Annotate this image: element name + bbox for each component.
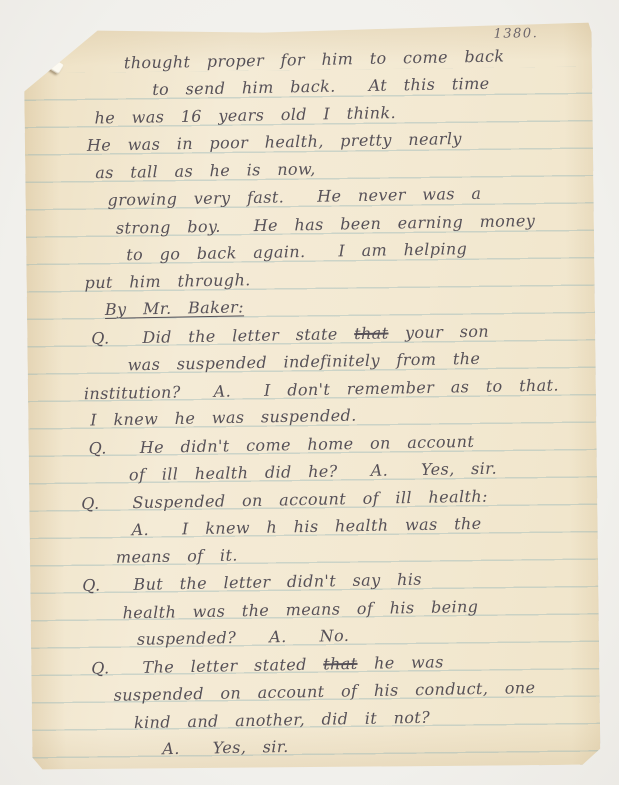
handwriting-line: health was the means of his being	[122, 597, 478, 624]
scanned-document: 1380. thought proper for him to come bac…	[0, 0, 619, 785]
handwriting-line: Q. But the letter didn't say his	[82, 570, 422, 596]
handwriting-line: strong boy. He has been earning money	[116, 211, 536, 239]
byline-mr-baker: By Mr. Baker:	[105, 297, 244, 320]
handwriting-line: Q. Did the letter state that your son	[91, 322, 489, 349]
punch-hole	[48, 59, 64, 75]
handwriting-line: kind and another, did it not?	[134, 708, 431, 733]
byline-text: By Mr. Baker:	[105, 297, 244, 319]
struck-word: that	[354, 323, 389, 343]
struck-word: that	[323, 654, 358, 674]
handwriting-line: of ill health did he? A. Yes, sir.	[129, 459, 497, 486]
handwriting-line: thought proper for him to come back	[124, 46, 505, 73]
handwriting-line: suspended? A. No.	[137, 626, 350, 650]
handwriting-line: I knew he was suspended.	[90, 406, 357, 431]
handwriting-line: as tall as he is now,	[95, 159, 316, 183]
line-text: Q. Did the letter state	[91, 324, 354, 348]
page-number: 1380.	[493, 26, 538, 42]
paper-sheet: 1380. thought proper for him to come bac…	[23, 23, 600, 772]
handwriting-line: to send him back. At this time	[152, 74, 490, 100]
handwriting-line: put him through.	[84, 270, 250, 293]
handwriting-line: Q. Suspended on account of ill health:	[81, 487, 488, 514]
handwriting-line: growing very fast. He never was a	[107, 184, 481, 211]
handwriting-line: He was in poor health, pretty nearly	[87, 129, 462, 156]
handwriting-line: institution? A. I don't remember as to t…	[84, 376, 559, 405]
line-text: your son	[388, 322, 489, 343]
handwriting-line: means of it.	[116, 546, 238, 568]
handwriting-line: he was 16 years old I think.	[94, 103, 396, 129]
handwriting-line: Q. He didn't come home on account	[88, 432, 474, 459]
handwriting-line: was suspended indefinitely from the	[127, 349, 480, 375]
handwriting-line: to go back again. I am helping	[126, 239, 467, 265]
line-text: Q. The letter stated	[91, 655, 323, 678]
line-text: he was	[357, 652, 444, 673]
handwriting-line: suspended on account of his conduct, one	[113, 678, 535, 706]
handwriting-line: A. Yes, sir.	[162, 737, 289, 759]
handwriting-line: Q. The letter stated that he was	[91, 652, 444, 678]
handwriting-line: A. I knew h his health was the	[131, 514, 481, 540]
